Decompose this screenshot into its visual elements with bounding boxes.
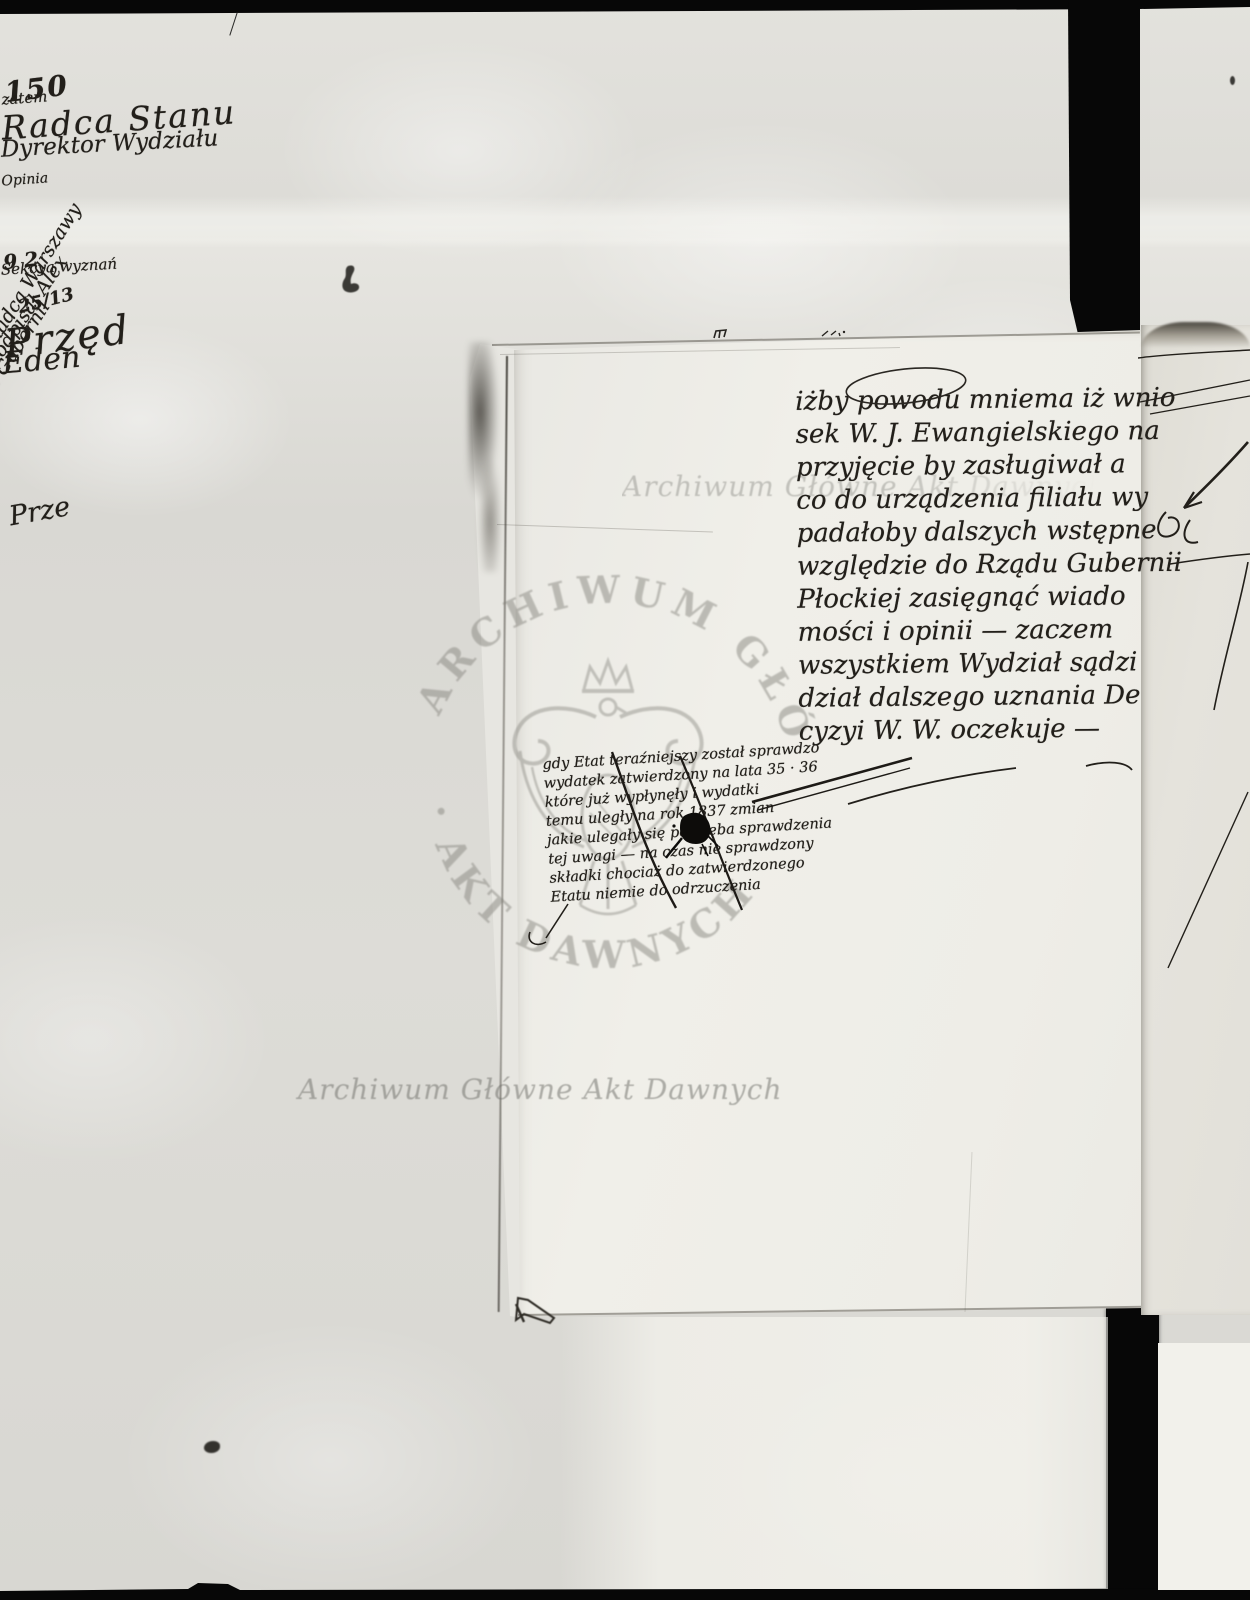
text-line: względzie do Rządu Gubernii [797, 547, 1142, 584]
text-line: sek W. J. Ewangielskiego na [795, 415, 1140, 452]
text-line: wszystkiem Wydział sądzi [798, 646, 1143, 683]
note-strikethrough-strokes [560, 740, 940, 930]
right-header-underline [1138, 348, 1250, 362]
right-diagonal-line [1160, 790, 1250, 970]
svg-text:ARCHIWUM GŁÓWNE: ARCHIWUM GŁÓWNE [380, 545, 822, 751]
left-underlying-sheet [560, 1317, 1108, 1589]
text-line: przyjęcie by zasługiwał a [796, 448, 1141, 485]
edge-ink-marks [712, 328, 852, 344]
right-underlying-sheet [1158, 1343, 1250, 1590]
right-long-stroke [1208, 562, 1250, 712]
text-line: mości i opinii — zaczem [798, 613, 1143, 650]
text-line: Płockiej zasięgnąć wiado [797, 580, 1142, 617]
ink-blot [662, 806, 722, 862]
text-line: dział dalszego uznania De [798, 679, 1143, 716]
text-line: padałoby dalszych wstępne [796, 514, 1141, 551]
film-gap-lower [1106, 1308, 1159, 1600]
stamp-arc-top-text: ARCHIWUM GŁÓWNE [380, 545, 822, 751]
text-line: co do urządzenia filiału wy [796, 481, 1141, 518]
right-flourish-lines [1140, 372, 1250, 418]
main-text-block: iżby powodu mniema iż wnio sek W. J. Ewa… [795, 382, 1144, 749]
corner-fold-mark [514, 1292, 562, 1326]
paraph-flourish [524, 898, 584, 948]
archival-scan: Archiwum Główne Akt Dawnych Archiwum Głó… [0, 0, 1250, 1600]
watermark-row-lower: Archiwum Główne Akt Dawnych [298, 1073, 783, 1106]
right-arrow-paraph [1150, 440, 1250, 550]
